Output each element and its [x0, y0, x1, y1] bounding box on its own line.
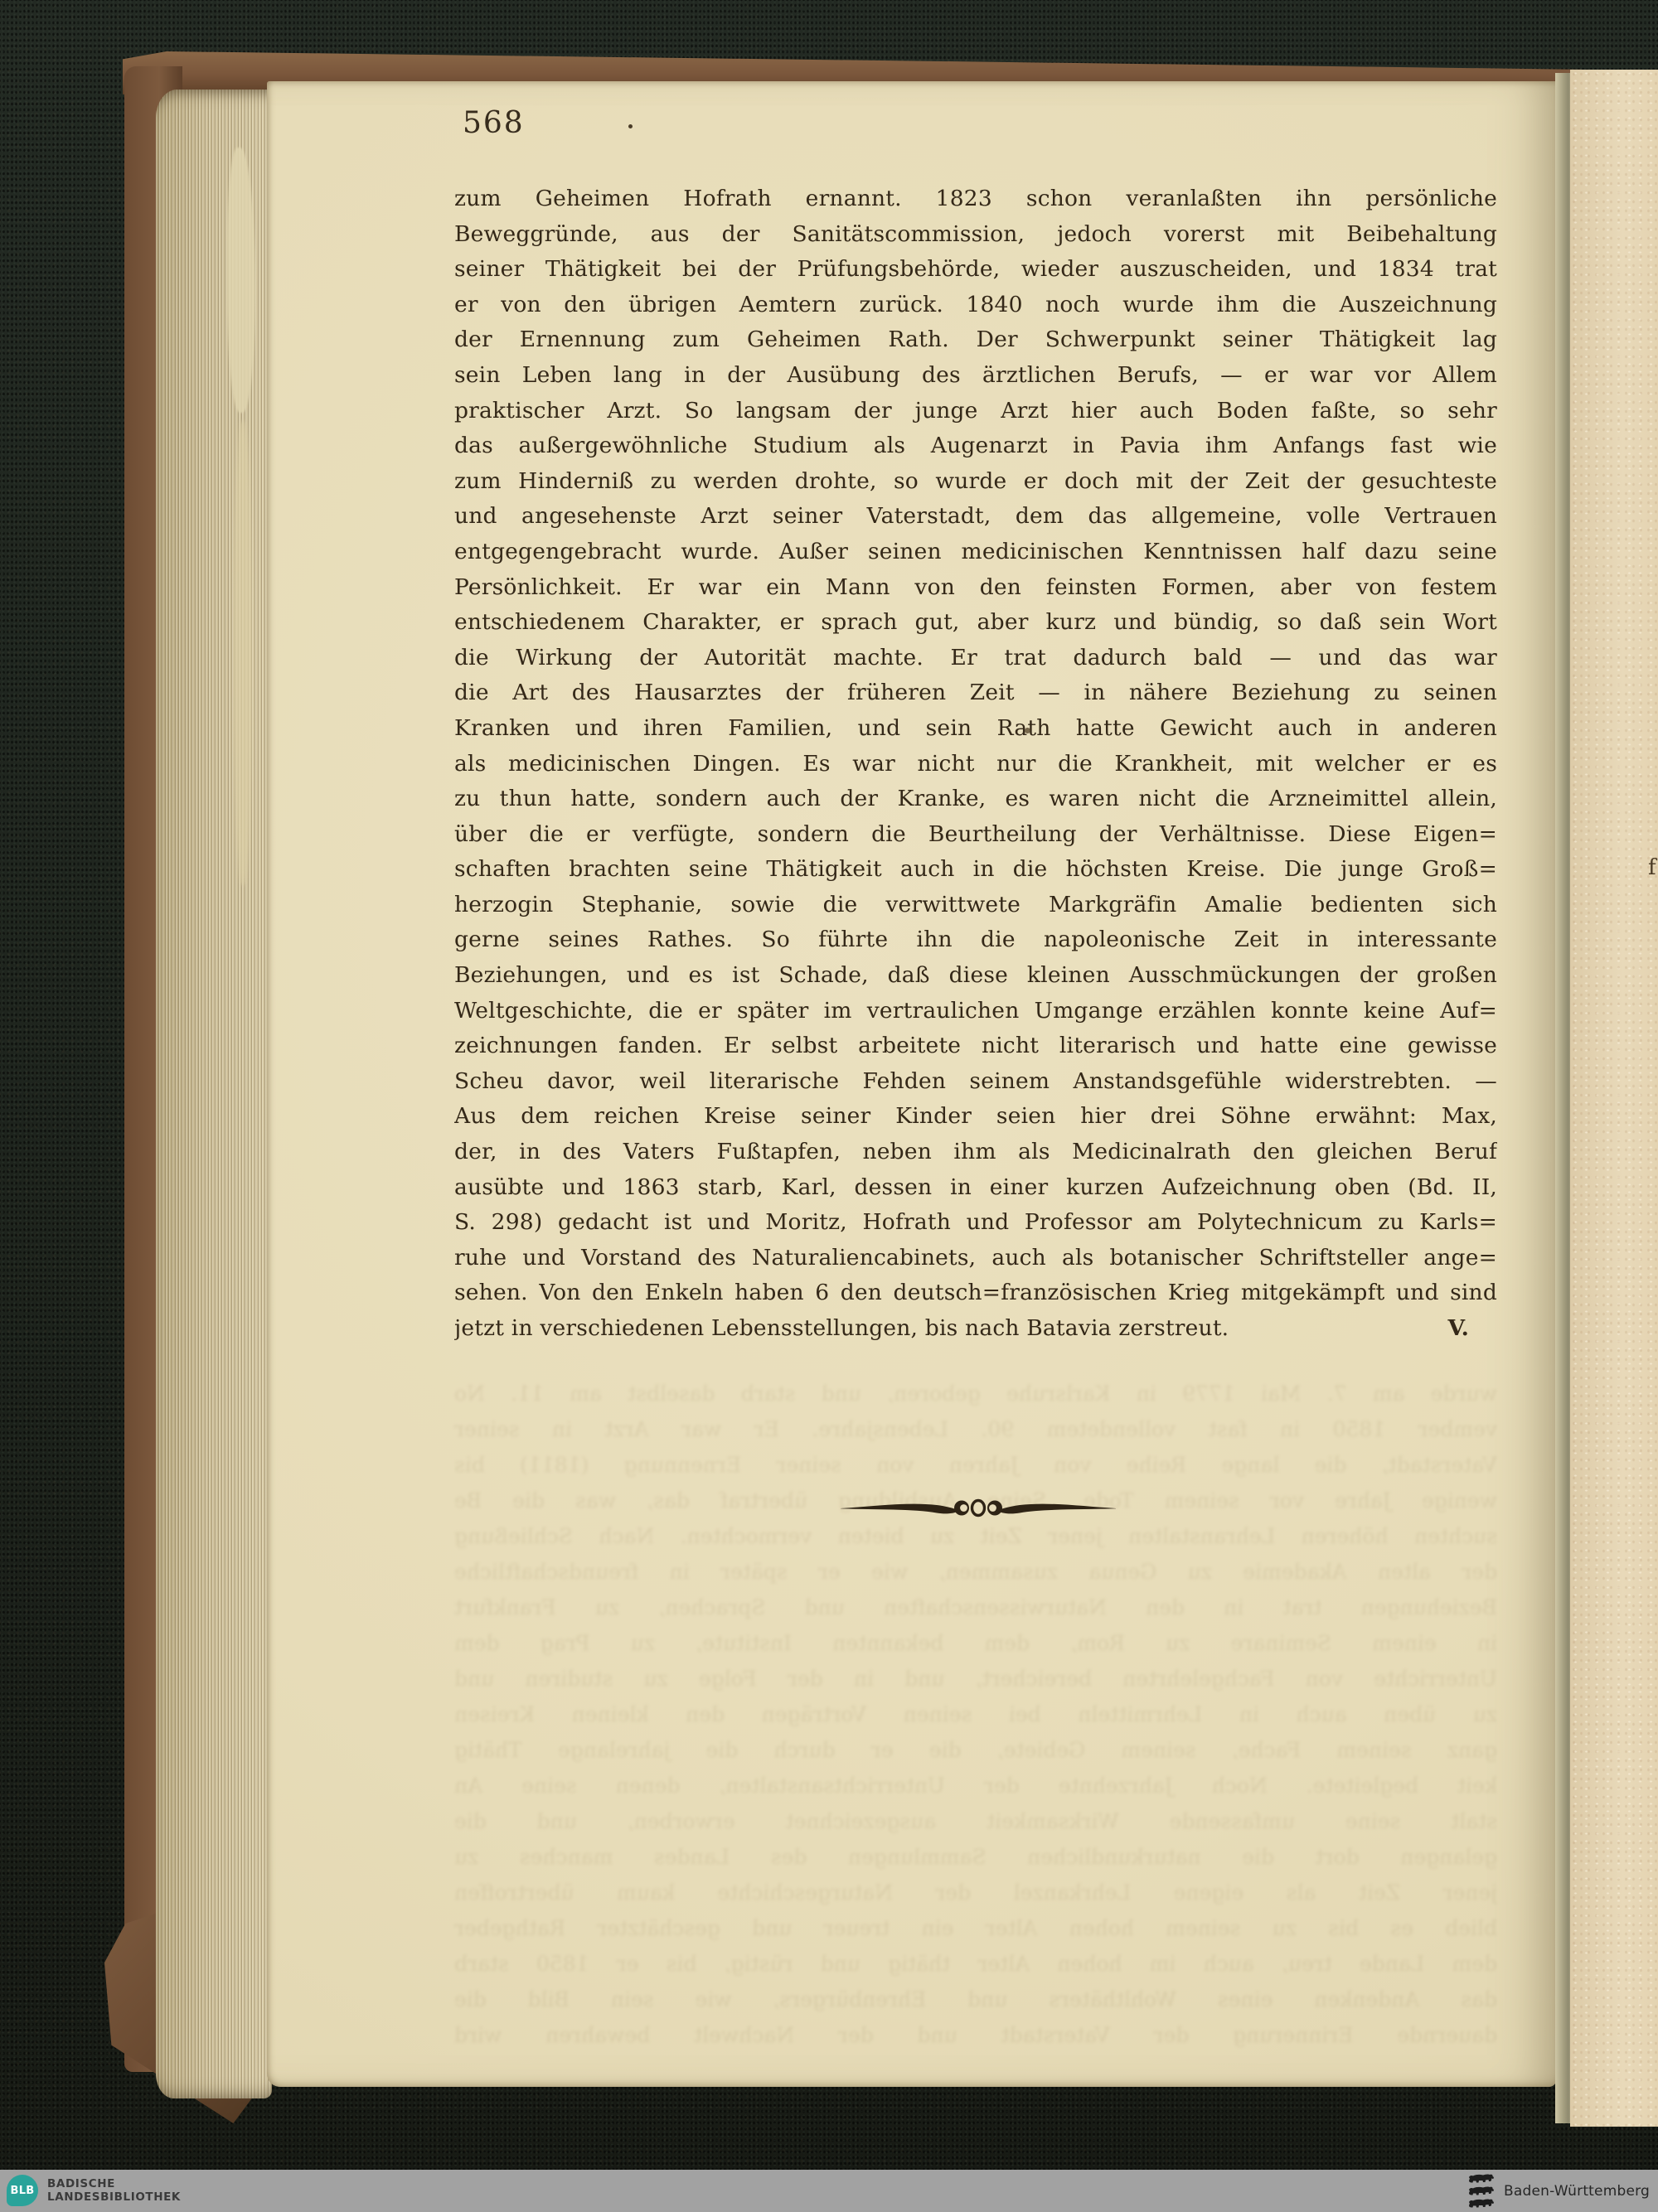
- text-line: Persönlichkeit. Er war ein Mann von den …: [454, 570, 1497, 606]
- blb-logo: BLB BADISCHE LANDESBIBLIOTHEK: [7, 2175, 181, 2206]
- text-line: sein Leben lang in der Ausübung des ärzt…: [454, 358, 1497, 394]
- text-line: Scheu davor, weil literarische Fehden se…: [454, 1064, 1497, 1100]
- text-line: Kranken und ihren Familien, und sein Rat…: [454, 711, 1497, 747]
- blb-logo-icon: BLB: [7, 2175, 38, 2206]
- text-line: Beziehungen, und es ist Schade, daß dies…: [454, 958, 1497, 994]
- last-line-text: jetzt in verschiedenen Lebensstellungen,…: [454, 1311, 1229, 1347]
- text-line: Aus dem reichen Kreise seiner Kinder sei…: [454, 1099, 1497, 1135]
- page-fore-edge-stack: [156, 90, 272, 2098]
- paper-speck: [628, 124, 633, 128]
- bw-label: Baden-Württemberg: [1504, 2183, 1650, 2200]
- text-line: als medicinischen Dingen. Es war nicht n…: [454, 747, 1497, 782]
- bw-coat-of-arms-lions-icon: [1467, 2174, 1496, 2209]
- text-line: ruhe und Vorstand des Naturaliencabinets…: [454, 1241, 1497, 1276]
- text-line: sehen. Von den Enkeln haben 6 den deutsc…: [454, 1275, 1497, 1311]
- author-initial: V.: [1447, 1311, 1469, 1347]
- text-line: entschiedenem Charakter, er sprach gut, …: [454, 605, 1497, 641]
- text-line: S. 298) gedacht ist und Moritz, Hofrath …: [454, 1205, 1497, 1241]
- scanned-book-page-viewer: 568 zum Geheimen Hofrath ernannt. 1823 s…: [0, 0, 1658, 2212]
- section-divider-ornament-icon: [837, 1492, 1119, 1525]
- page-number: 568: [463, 106, 525, 140]
- text-line: schaften brachten seine Thätigkeit auch …: [454, 852, 1497, 888]
- text-line: er von den übrigen Aemtern zurück. 1840 …: [454, 288, 1497, 323]
- text-line: und angesehenste Arzt seiner Vaterstadt,…: [454, 499, 1497, 535]
- text-line: zum Hinderniß zu werden drohte, so wurde…: [454, 464, 1497, 500]
- text-line: gerne seines Rathes. So führte ihn die n…: [454, 922, 1497, 958]
- book-page: 568 zum Geheimen Hofrath ernannt. 1823 s…: [267, 81, 1557, 2087]
- facing-page-sliver: f: [1570, 70, 1658, 2127]
- text-line: über die er verfügte, sondern die Beurth…: [454, 817, 1497, 853]
- bleed-through-text: wurde am 7. Mai 1779 in Karlsruhe gebore…: [454, 1376, 1497, 2053]
- text-line: ausübte und 1863 starb, Karl, dessen in …: [454, 1170, 1497, 1206]
- text-line: Beweggründe, aus der Sanitätscommission,…: [454, 217, 1497, 253]
- text-line: zeichnungen fanden. Er selbst arbeitete …: [454, 1029, 1497, 1064]
- text-line-last: jetzt in verschiedenen Lebensstellungen,…: [454, 1311, 1497, 1347]
- text-line: die Art des Hausarztes der früheren Zeit…: [454, 675, 1497, 711]
- text-line: entgegengebracht wurde. Außer seinen med…: [454, 535, 1497, 570]
- text-line: der, in des Vaters Fußtapfen, neben ihm …: [454, 1135, 1497, 1170]
- text-line: das außergewöhnliche Studium als Augenar…: [454, 428, 1497, 464]
- body-text: zum Geheimen Hofrath ernannt. 1823 schon…: [454, 182, 1497, 1347]
- text-line: seiner Thätigkeit bei der Prüfungsbehörd…: [454, 252, 1497, 288]
- text-line: der Ernennung zum Geheimen Rath. Der Sch…: [454, 322, 1497, 358]
- paper-speck: [1025, 728, 1030, 733]
- text-line: zu thun hatte, sondern auch der Kranke, …: [454, 782, 1497, 817]
- facing-page-text-fragment: f: [1648, 855, 1658, 877]
- library-name: BADISCHE LANDESBIBLIOTHEK: [47, 2177, 181, 2204]
- text-line: praktischer Arzt. So langsam der junge A…: [454, 394, 1497, 429]
- fore-edge-wear-patch: [234, 421, 252, 885]
- text-line: herzogin Stephanie, sowie die verwittwet…: [454, 888, 1497, 923]
- text-line: zum Geheimen Hofrath ernannt. 1823 schon…: [454, 182, 1497, 217]
- fore-edge-wear-patch: [227, 148, 255, 413]
- text-line: die Wirkung der Autorität machte. Er tra…: [454, 641, 1497, 676]
- baden-wuerttemberg-logo: Baden-Württemberg: [1467, 2170, 1650, 2212]
- gutter-shadow: [1555, 73, 1572, 2123]
- text-line: Weltgeschichte, die er später im vertrau…: [454, 994, 1497, 1029]
- library-footer-bar: BLB BADISCHE LANDESBIBLIOTHEK Baden-Würt…: [0, 2170, 1658, 2212]
